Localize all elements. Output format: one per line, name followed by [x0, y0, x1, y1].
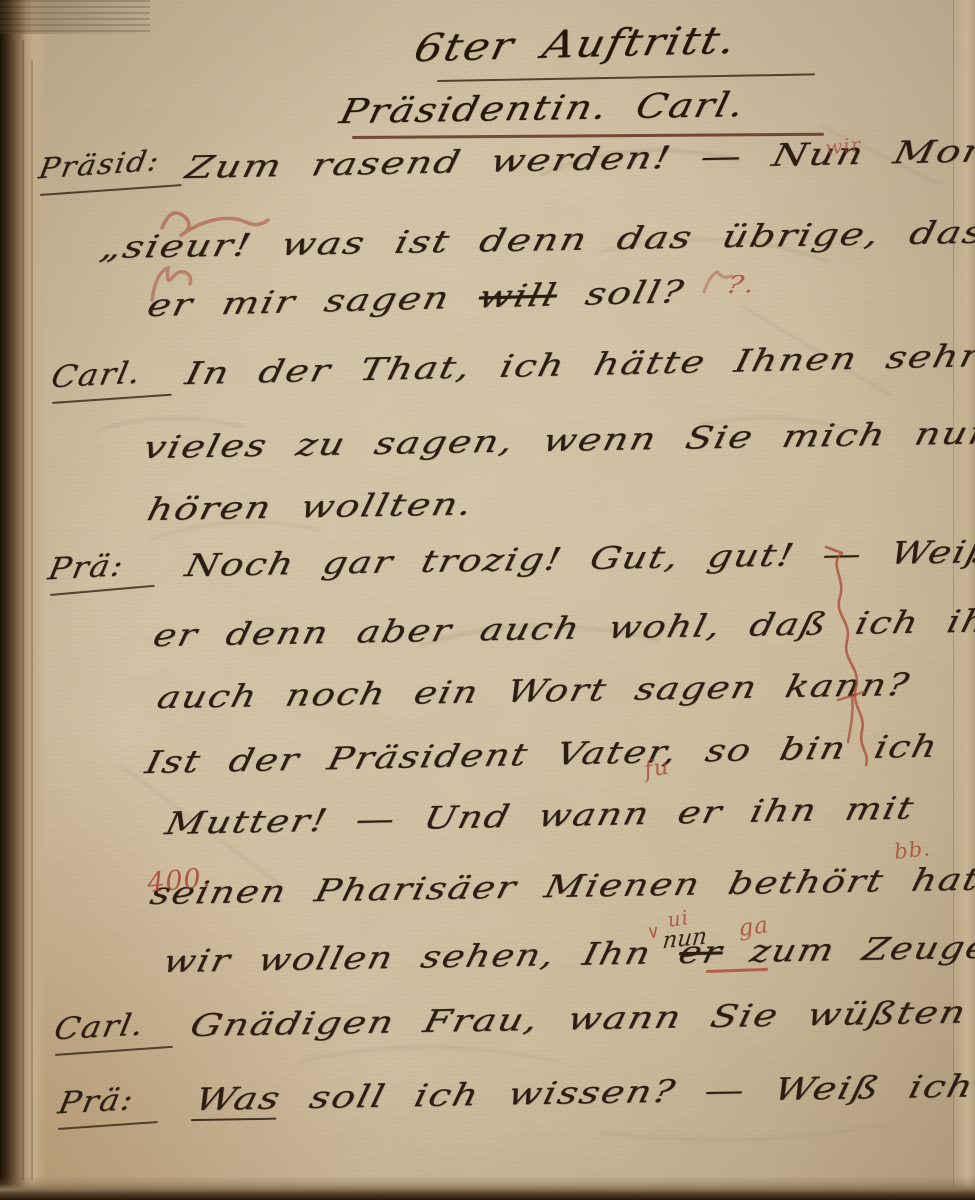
- page-fold-crease: [22, 40, 24, 1180]
- page-fold-crease-2: [31, 60, 33, 1180]
- line-text: soll?: [582, 274, 688, 313]
- characters-heading: Präsidentin. Carl.: [336, 85, 750, 132]
- manuscript-page: 6ter Auftritt. Präsidentin. Carl. Präsid…: [0, 0, 975, 1200]
- struck-word: will: [475, 277, 561, 315]
- red-margin-bb: bb.: [893, 836, 932, 864]
- red-insertion-ui: ui: [666, 905, 690, 932]
- red-caret-mark: ∨: [646, 921, 662, 943]
- speaker-label-carl: Carl.: [48, 355, 145, 395]
- red-insertion-ga: ga: [737, 912, 770, 942]
- red-number-400: 400.: [146, 862, 213, 898]
- red-insertion-fu: fu: [642, 754, 671, 784]
- page-bottom-edge: [0, 1176, 975, 1200]
- speaker-label-praesidentin: Prä:: [45, 548, 127, 587]
- scene-heading: 6ter Auftritt.: [410, 18, 741, 71]
- line-text: zum Zeugen.: [747, 929, 975, 970]
- dialogue-line: hören wollten.: [144, 486, 478, 528]
- red-word-top-right: wir: [824, 132, 862, 160]
- speaker-label-praesidentin: Prä:: [55, 1082, 137, 1121]
- speaker-label-carl: Carl.: [51, 1007, 148, 1047]
- stacked-page-edges-top: [0, 0, 150, 34]
- underlined-word: Was: [191, 1081, 285, 1122]
